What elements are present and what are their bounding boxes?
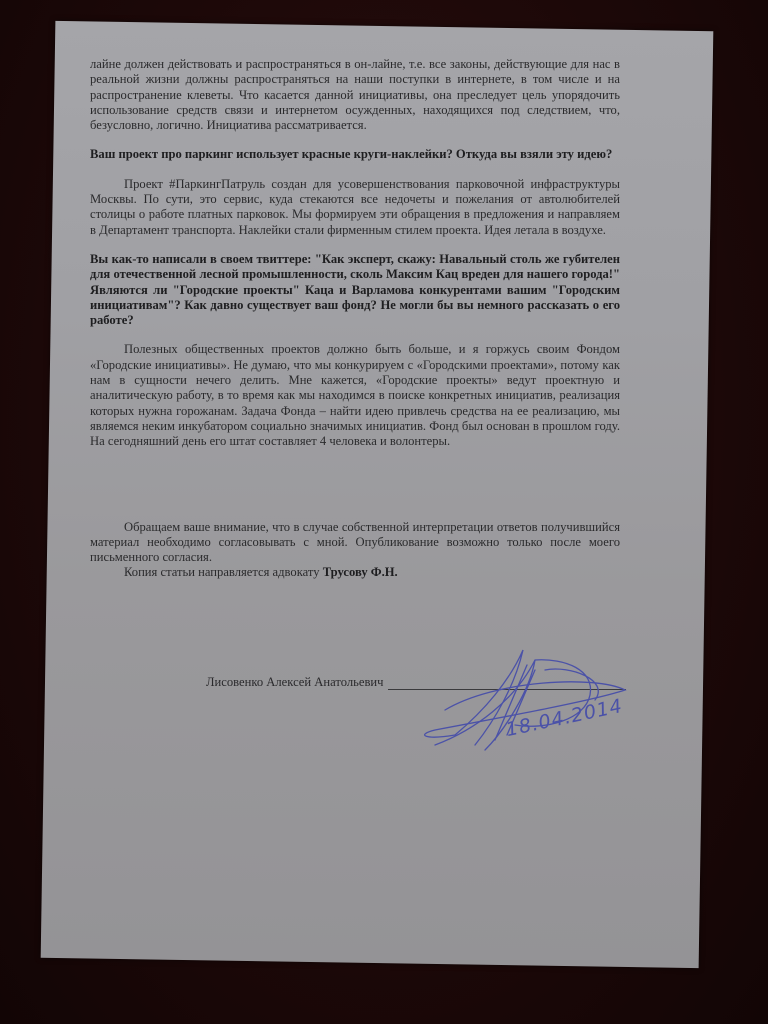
document-body: лайне должен действовать и распространят…: [90, 57, 620, 581]
copy-prefix: Копия статьи направляется адвокату: [124, 565, 323, 579]
lawyer-name: Трусову Ф.Н.: [323, 565, 398, 579]
intro-paragraph: лайне должен действовать и распространят…: [90, 57, 620, 133]
question-parking: Ваш проект про паркинг использует красны…: [90, 147, 620, 162]
notice-paragraph: Обращаем ваше внимание, что в случае соб…: [90, 520, 620, 566]
copy-line: Копия статьи направляется адвокату Трусо…: [90, 565, 620, 580]
signatory-name: Лисовенко Алексей Анатольевич: [206, 675, 384, 690]
answer-parking: Проект #ПаркингПатруль создан для усовер…: [90, 177, 620, 238]
question-twitter: Вы как-то написали в своем твиттере: "Ка…: [90, 252, 620, 328]
answer-foundation: Полезных общественных проектов должно бы…: [90, 342, 620, 449]
